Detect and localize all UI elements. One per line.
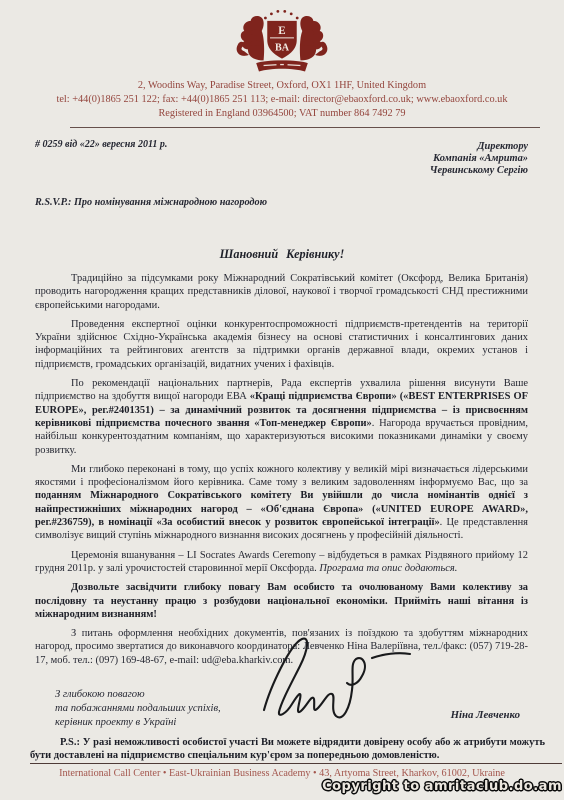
paragraph-2: Проведення експертної оцінки конкурентос…	[35, 318, 528, 371]
recipient-company: Компанія «Амрита»	[430, 153, 528, 165]
closing-line-1: З глибокою повагою	[55, 688, 221, 702]
paragraph-4-start: Ми глибоко переконані в тому, що успіх к…	[35, 464, 528, 488]
footer-address-line: International Call Center • East-Ukraini…	[0, 768, 564, 779]
eba-crest-logo: E BA	[226, 7, 338, 77]
recipient-block: Директору Компанія «Амрита» Червинському…	[430, 141, 528, 176]
postscript: P.S.: У разі неможливості особистої учас…	[30, 736, 545, 762]
salutation: Шановний Керівнику!	[0, 247, 564, 262]
crest-star	[296, 17, 299, 20]
crest-letters-ba: BA	[275, 42, 290, 53]
letterhead-registration-line: Registered in England 03964500; VAT numb…	[0, 107, 564, 121]
letterhead: E BA 2, Woodins Way, Paradise Street, Ox…	[0, 0, 564, 121]
closing-block: З глибокою повагою та побажаннями подаль…	[55, 688, 221, 729]
reference-number: # 0259 від «22» вересня 2011 р.	[35, 139, 167, 150]
letterhead-address-line: 2, Woodins Way, Paradise Street, Oxford,…	[0, 79, 564, 93]
paragraph-6: Дозвольте засвідчити глибоку повагу Вам …	[35, 581, 528, 621]
paragraph-4: Ми глибоко переконані в тому, що успіх к…	[35, 463, 528, 543]
crest-star	[270, 13, 273, 16]
paragraph-3: По рекомендації національних партнерів, …	[35, 377, 528, 457]
letter-body: Традиційно за підсумками року Міжнародни…	[35, 272, 528, 673]
crest-star	[276, 10, 279, 13]
recipient-person: Червинському Сергію	[430, 165, 528, 177]
crest-star	[290, 13, 293, 16]
signer-name: Ніна Левченко	[451, 709, 520, 721]
recipient-title: Директору	[430, 141, 528, 153]
rsvp-subject-line: R.S.V.P.: Про номінування міжнародною на…	[35, 197, 267, 208]
closing-line-2: та побажаннями подальших успіхів,	[55, 702, 221, 716]
crest-star	[264, 17, 267, 20]
handwritten-signature	[250, 628, 435, 723]
scanned-letter-page: E BA 2, Woodins Way, Paradise Street, Ox…	[0, 0, 564, 800]
copyright-watermark: Copyright to amritaclub.do.am	[322, 779, 562, 794]
crest-letter-e: E	[278, 25, 285, 37]
footer-divider	[30, 763, 562, 764]
letterhead-divider	[70, 127, 540, 128]
paragraph-1: Традиційно за підсумками року Міжнародни…	[35, 272, 528, 312]
crest-star	[283, 10, 286, 13]
crest-lion-right	[300, 16, 327, 60]
letterhead-contact-line: tel: +44(0)1865 251 122; fax: +44(0)1865…	[0, 93, 564, 107]
paragraph-5: Церемонія вшанування – LI Socrates Award…	[35, 549, 528, 576]
closing-line-3: керівник проекту в Україні	[55, 716, 221, 730]
paragraph-5-note-italic: Програма та опис додаються.	[319, 563, 457, 574]
crest-lion-left	[237, 16, 264, 60]
